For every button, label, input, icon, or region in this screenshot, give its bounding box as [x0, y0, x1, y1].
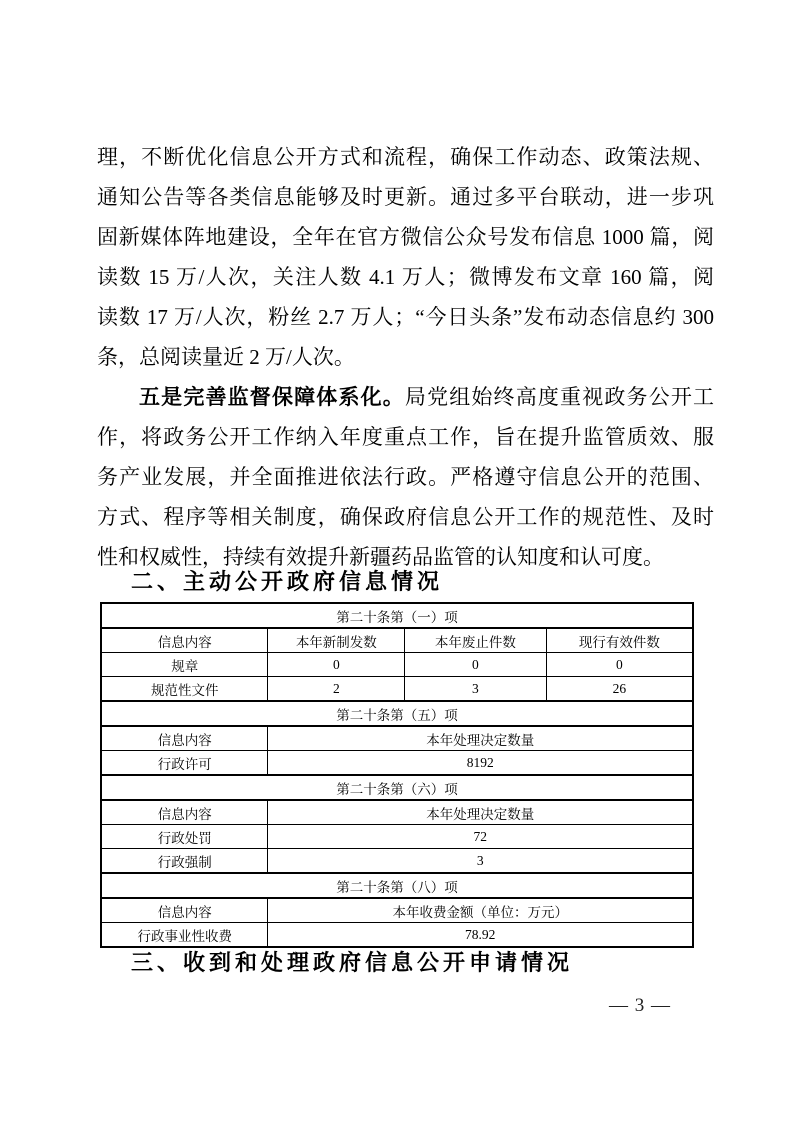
- section-heading-3: 三、收到和处理政府信息公开申请情况: [131, 950, 573, 976]
- table-header-cell: 信息内容: [101, 628, 268, 653]
- paragraph1-line-2: 通知公告等各类信息能够及时更新。通过多平台联动，进一步巩: [97, 177, 714, 217]
- table-row: 规章 0 0 0: [101, 653, 693, 677]
- body-text: 理，不断优化信息公开方式和流程，确保工作动态、政策法规、 通知公告等各类信息能够…: [97, 137, 714, 577]
- table-value: 0: [546, 653, 693, 677]
- paragraph2-line-1-rest: 局党组始终高度重视政务公开工: [405, 385, 714, 409]
- paragraph2-line-4: 方式、程序等相关制度，确保政府信息公开工作的规范性、及时: [97, 497, 714, 537]
- table-header-cell: 信息内容: [101, 800, 268, 825]
- table-row: 规范性文件 2 3 26: [101, 677, 693, 702]
- table-row: 行政强制 3: [101, 849, 693, 874]
- table-header-cell: 本年收费金额（单位：万元）: [268, 898, 693, 923]
- paragraph1-line-6: 条，总阅读量近 2 万/人次。: [97, 337, 714, 377]
- row-label: 行政事业性收费: [101, 923, 268, 948]
- paragraph2-line-3: 务产业发展，并全面推进依法行政。严格遵守信息公开的范围、: [97, 457, 714, 497]
- paragraph2-bold-lead: 五是完善监督保障体系化。: [139, 385, 405, 409]
- paragraph1-line-3: 固新媒体阵地建设，全年在官方微信公众号发布信息 1000 篇，阅: [97, 217, 714, 257]
- table-section-title: 第二十条第（五）项: [101, 701, 693, 726]
- table-header-cell: 信息内容: [101, 898, 268, 923]
- paragraph1-line-5: 读数 17 万/人次，粉丝 2.7 万人；“今日头条”发布动态信息约 300: [97, 297, 714, 337]
- section-heading-2: 二、主动公开政府信息情况: [131, 569, 443, 595]
- table-value: 2: [268, 677, 405, 702]
- table-header-cell: 本年处理决定数量: [268, 800, 693, 825]
- table-header-cell: 本年新制发数: [268, 628, 405, 653]
- table-row: 行政事业性收费 78.92: [101, 923, 693, 948]
- table-section-title: 第二十条第（一）项: [101, 603, 693, 628]
- table-section-title: 第二十条第（六）项: [101, 775, 693, 800]
- table-header-row: 信息内容 本年处理决定数量: [101, 800, 693, 825]
- table-header-row: 信息内容 本年处理决定数量: [101, 726, 693, 751]
- table-header-cell: 现行有效件数: [546, 628, 693, 653]
- paragraph1-line-1: 理，不断优化信息公开方式和流程，确保工作动态、政策法规、: [97, 137, 714, 177]
- table-value: 72: [268, 825, 693, 849]
- page-number: — 3 —: [609, 995, 671, 1017]
- table-value: 3: [268, 849, 693, 874]
- row-label: 行政处罚: [101, 825, 268, 849]
- table-value: 8192: [268, 751, 693, 776]
- table-section-title-row: 第二十条第（六）项: [101, 775, 693, 800]
- table-row: 行政许可 8192: [101, 751, 693, 776]
- table-value: 78.92: [268, 923, 693, 948]
- paragraph1-line-4: 读数 15 万/人次，关注人数 4.1 万人；微博发布文章 160 篇，阅: [97, 257, 714, 297]
- paragraph2-line-2: 作，将政务公开工作纳入年度重点工作，旨在提升监管质效、服: [97, 417, 714, 457]
- table-header-row: 信息内容 本年收费金额（单位：万元）: [101, 898, 693, 923]
- row-label: 行政许可: [101, 751, 268, 776]
- table-section-title-row: 第二十条第（五）项: [101, 701, 693, 726]
- table-row: 行政处罚 72: [101, 825, 693, 849]
- table-section-title-row: 第二十条第（八）项: [101, 873, 693, 898]
- document-page: 理，不断优化信息公开方式和流程，确保工作动态、政策法规、 通知公告等各类信息能够…: [0, 0, 793, 1122]
- table-value: 0: [405, 653, 546, 677]
- paragraph2-line-1: 五是完善监督保障体系化。局党组始终高度重视政务公开工: [97, 377, 714, 417]
- table-value: 26: [546, 677, 693, 702]
- table-header-cell: 信息内容: [101, 726, 268, 751]
- row-label: 行政强制: [101, 849, 268, 874]
- table-section-title: 第二十条第（八）项: [101, 873, 693, 898]
- disclosure-statistics-table: 第二十条第（一）项 信息内容 本年新制发数 本年废止件数 现行有效件数 规章 0…: [100, 602, 694, 948]
- table-header-row: 信息内容 本年新制发数 本年废止件数 现行有效件数: [101, 628, 693, 653]
- table-value: 3: [405, 677, 546, 702]
- table-header-cell: 本年处理决定数量: [268, 726, 693, 751]
- table-value: 0: [268, 653, 405, 677]
- row-label: 规章: [101, 653, 268, 677]
- table-section-title-row: 第二十条第（一）项: [101, 603, 693, 628]
- row-label: 规范性文件: [101, 677, 268, 702]
- table-header-cell: 本年废止件数: [405, 628, 546, 653]
